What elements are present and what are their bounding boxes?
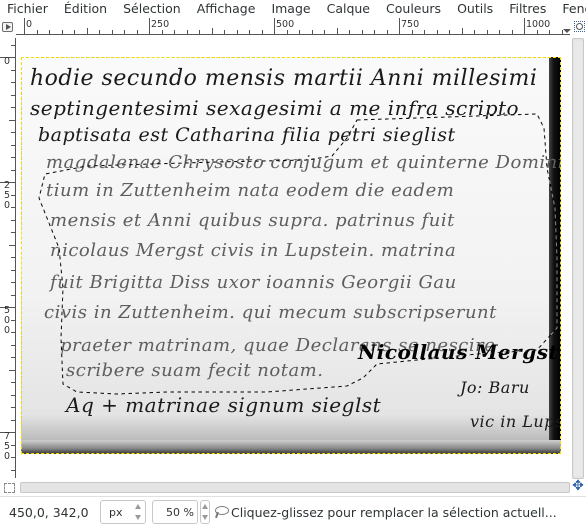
zoom-input[interactable]: 50 % <box>152 500 198 524</box>
ruler-tick <box>349 30 350 34</box>
ruler-tick <box>449 30 450 34</box>
ruler-tick <box>287 30 288 34</box>
ruler-tick <box>374 30 375 34</box>
menu-fichier[interactable]: Fichier <box>0 0 56 18</box>
handwritten-line: Aq + matrinae signum sieglst <box>66 393 381 417</box>
ruler-tick <box>11 132 15 133</box>
ruler-tick <box>462 28 463 34</box>
status-message: Cliquez-glissez pour remplacer la sélect… <box>231 505 557 520</box>
ruler-tick <box>11 95 15 96</box>
menu-fenetres[interactable]: Fenê <box>554 0 586 18</box>
scanned-document-image[interactable]: hodie secundo mensis martii Anni millesi… <box>21 57 561 454</box>
ruler-tick <box>549 30 550 34</box>
ruler-tick <box>499 30 500 34</box>
handwritten-line: scribere suam fecit notam. <box>66 360 323 381</box>
ruler-tick <box>11 70 15 71</box>
ruler-tick <box>9 245 15 246</box>
ruler-tick <box>11 82 15 83</box>
ruler-tick <box>487 30 488 34</box>
ruler-tick <box>99 30 100 34</box>
menu-couleurs[interactable]: Couleurs <box>378 0 449 18</box>
ruler-label: 0 <box>2 57 12 67</box>
menu-edition[interactable]: Édition <box>56 0 115 18</box>
ruler-tick <box>74 30 75 34</box>
ruler-tick <box>87 28 88 34</box>
gimp-window: Fichier Édition Sélection Affichage Imag… <box>0 0 586 527</box>
unit-value: px <box>109 506 123 519</box>
document-bottom-shadow <box>21 440 561 454</box>
handwritten-line: septingentesimi sexagesimi a me infra sc… <box>30 96 519 120</box>
horizontal-ruler[interactable]: 02505007501000 <box>16 18 570 35</box>
ruler-tick <box>11 45 15 46</box>
handwritten-line: magdalenae Chrysosto conjugum et quinter… <box>46 152 561 173</box>
vertical-ruler[interactable]: 02 5 05 0 07 5 0 <box>0 38 16 478</box>
pointer-coordinates: 450,0, 342,0 <box>9 505 97 520</box>
vertical-scrollbar-thumb[interactable] <box>574 41 582 476</box>
handwritten-line: nicolaus Mergst civis in Lupstein. matri… <box>50 240 456 261</box>
document-dark-edge <box>549 57 561 454</box>
ruler-tick <box>11 345 15 346</box>
ruler-tick <box>62 30 63 34</box>
ruler-tick <box>11 232 15 233</box>
ruler-tick <box>474 30 475 34</box>
menu-outils[interactable]: Outils <box>449 0 501 18</box>
handwritten-line: mensis et Anni quibus supra. patrinus fu… <box>50 210 455 231</box>
ruler-tick <box>11 407 15 408</box>
zoom-icon[interactable] <box>574 21 585 32</box>
handwritten-line: fuit Brigitta Diss uxor ioannis Georgii … <box>50 272 457 293</box>
ruler-tick <box>412 30 413 34</box>
ruler-tick <box>312 30 313 34</box>
ruler-tick <box>11 282 15 283</box>
lasso-icon <box>213 505 229 519</box>
ruler-tick <box>199 30 200 34</box>
ruler-tick <box>9 120 15 121</box>
handwritten-line: civis in Zuttenheim. qui mecum subscrips… <box>44 302 497 323</box>
ruler-tick <box>224 30 225 34</box>
ruler-label: 0 <box>24 19 32 30</box>
ruler-tick <box>9 370 15 371</box>
ruler-tick <box>174 30 175 34</box>
zoom-value: 50 % <box>166 506 194 519</box>
ruler-tick <box>337 28 338 34</box>
menu-arrow-icon[interactable] <box>2 22 13 32</box>
handwritten-line: hodie secundo mensis martii Anni millesi… <box>30 66 537 91</box>
image-canvas[interactable]: hodie secundo mensis martii Anni millesi… <box>17 38 570 479</box>
ruler-tick <box>37 30 38 34</box>
ruler-tick <box>299 30 300 34</box>
zoom-spinner[interactable] <box>200 500 210 524</box>
ruler-label: 7 5 0 <box>2 432 12 462</box>
ruler-tick <box>11 470 15 471</box>
handwritten-line: Jo: Baru <box>460 378 530 397</box>
ruler-label: 750 <box>399 19 419 30</box>
ruler-tick <box>11 145 15 146</box>
quick-mask-icon[interactable] <box>4 483 15 493</box>
status-bar: 450,0, 342,0 px 50 % Cliquez-glissez pou… <box>0 496 586 527</box>
unit-selector[interactable]: px <box>100 500 146 524</box>
ruler-pointer-marker <box>563 29 571 33</box>
ruler-tick <box>11 395 15 396</box>
ruler-tick <box>162 30 163 34</box>
ruler-tick <box>11 420 15 421</box>
ruler-label: 5 0 0 <box>2 306 12 336</box>
handwritten-line: vic in Lupst <box>470 412 561 431</box>
ruler-tick <box>11 270 15 271</box>
move-arrows-icon[interactable]: ✥ <box>571 479 585 493</box>
ruler-tick <box>112 30 113 34</box>
ruler-tick <box>187 30 188 34</box>
ruler-label: 250 <box>149 19 169 30</box>
ruler-tick <box>11 170 15 171</box>
zoom-chevron-icon <box>201 504 208 520</box>
ruler-tick <box>362 30 363 34</box>
menu-calque[interactable]: Calque <box>319 0 378 18</box>
ruler-tick <box>11 220 15 221</box>
menu-selection[interactable]: Sélection <box>115 0 189 18</box>
ruler-tick <box>11 107 15 108</box>
ruler-tick <box>437 30 438 34</box>
ruler-tick <box>11 295 15 296</box>
handwritten-line: Nicollaus Mergst <box>358 340 558 364</box>
ruler-tick <box>11 357 15 358</box>
ruler-tick <box>262 30 263 34</box>
ruler-tick <box>11 257 15 258</box>
ruler-tick <box>237 30 238 34</box>
ruler-tick <box>249 30 250 34</box>
menu-image[interactable]: Image <box>263 0 318 18</box>
ruler-label: 1000 <box>524 19 550 30</box>
ruler-tick <box>212 28 213 34</box>
ruler-tick <box>324 30 325 34</box>
ruler-tick <box>537 30 538 34</box>
ruler-tick <box>512 30 513 34</box>
ruler-label: 500 <box>274 19 294 30</box>
horizontal-scrollbar[interactable] <box>20 482 570 493</box>
ruler-tick <box>124 30 125 34</box>
menu-filtres[interactable]: Filtres <box>501 0 554 18</box>
ruler-tick <box>11 157 15 158</box>
vertical-scrollbar[interactable] <box>572 38 584 479</box>
handwritten-line: baptisata est Catharina filia petri sieg… <box>38 124 456 146</box>
ruler-tick <box>387 30 388 34</box>
menu-bar: Fichier Édition Sélection Affichage Imag… <box>0 0 586 18</box>
ruler-tick <box>424 30 425 34</box>
ruler-tick <box>11 382 15 383</box>
handwritten-line: tium in Zuttenheim nata eodem die eadem <box>46 180 454 201</box>
menu-affichage[interactable]: Affichage <box>189 0 264 18</box>
ruler-tick <box>49 30 50 34</box>
ruler-label: 2 5 0 <box>2 181 12 211</box>
unit-chevron-icon <box>134 504 141 520</box>
ruler-tick <box>137 30 138 34</box>
